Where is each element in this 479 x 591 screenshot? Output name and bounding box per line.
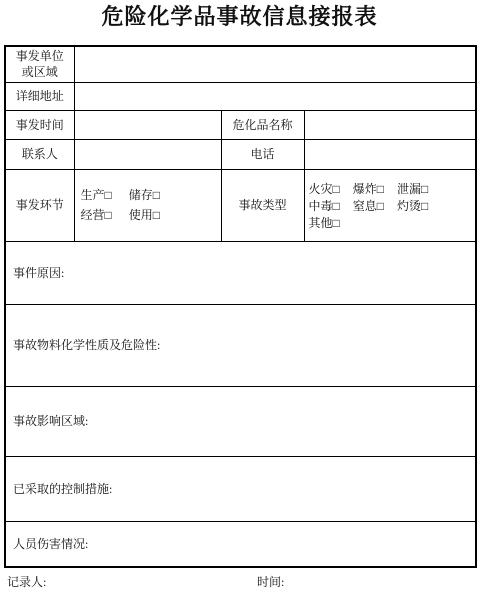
accident-type-options-cell: 火灾□ 爆炸□ 泄漏□ 中毒□ 窒息□ 灼烫□ 其他□ xyxy=(304,169,476,241)
accident-report-table: 事发单位 或区域 详细地址 事发时间 危化品名称 联系人 电话 事发环节 生产□… xyxy=(4,45,477,568)
table-row: 事件原因: xyxy=(5,241,476,304)
material-properties-field[interactable]: 事故物料化学性质及危险性: xyxy=(5,304,476,386)
checkbox-burn[interactable]: 灼烫□ xyxy=(397,197,428,214)
table-row: 事发环节 生产□ 储存□ 经营□ 使用□ 事故类型 火灾□ 爆炸□ 泄漏□ 中毒… xyxy=(5,169,476,241)
incident-stage-label: 事发环节 xyxy=(5,169,74,241)
table-row: 事故物料化学性质及危险性: xyxy=(5,304,476,386)
contact-field[interactable] xyxy=(74,139,221,169)
stage-options-line: 经营□ 使用□ xyxy=(81,205,221,225)
stage-options-line: 生产□ 储存□ xyxy=(81,185,221,205)
checkbox-operation[interactable]: 经营□ xyxy=(81,205,112,225)
checkbox-storage[interactable]: 储存□ xyxy=(129,185,160,205)
table-row: 事发时间 危化品名称 xyxy=(5,110,476,139)
checkbox-fire[interactable]: 火灾□ xyxy=(309,180,340,197)
chemical-name-field[interactable] xyxy=(304,110,476,139)
accident-type-label: 事故类型 xyxy=(221,169,304,241)
chemical-name-label: 危化品名称 xyxy=(221,110,304,139)
detail-address-field[interactable] xyxy=(74,82,476,110)
detail-address-label: 详细地址 xyxy=(5,82,74,110)
incident-stage-options-cell: 生产□ 储存□ 经营□ 使用□ xyxy=(74,169,221,241)
personnel-injury-field[interactable]: 人员伤害情况: xyxy=(5,521,476,567)
table-row: 人员伤害情况: xyxy=(5,521,476,567)
unit-region-field[interactable] xyxy=(74,46,476,82)
control-measures-label: 已采取的控制措施: xyxy=(13,482,112,496)
phone-field[interactable] xyxy=(304,139,476,169)
material-properties-label: 事故物料化学性质及危险性: xyxy=(13,338,160,352)
footer: 记录人: 时间: xyxy=(0,573,479,591)
checkbox-poisoning[interactable]: 中毒□ xyxy=(309,197,340,214)
incident-time-label: 事发时间 xyxy=(5,110,74,139)
type-options-line: 中毒□ 窒息□ 灼烫□ xyxy=(309,197,476,214)
checkbox-suffocation[interactable]: 窒息□ xyxy=(353,197,384,214)
checkbox-leak[interactable]: 泄漏□ xyxy=(397,180,428,197)
affected-area-label: 事故影响区域: xyxy=(13,414,88,428)
page-title: 危险化学品事故信息接报表 xyxy=(0,0,479,31)
checkbox-use[interactable]: 使用□ xyxy=(129,205,160,225)
type-options-line: 火灾□ 爆炸□ 泄漏□ xyxy=(309,180,476,197)
table-row: 事故影响区域: xyxy=(5,386,476,456)
incident-cause-label: 事件原因: xyxy=(13,266,64,280)
control-measures-field[interactable]: 已采取的控制措施: xyxy=(5,456,476,521)
incident-time-field[interactable] xyxy=(74,110,221,139)
checkbox-explosion[interactable]: 爆炸□ xyxy=(353,180,384,197)
table-row: 已采取的控制措施: xyxy=(5,456,476,521)
time-label: 时间: xyxy=(257,573,284,590)
phone-label: 电话 xyxy=(221,139,304,169)
incident-cause-field[interactable]: 事件原因: xyxy=(5,241,476,304)
affected-area-field[interactable]: 事故影响区域: xyxy=(5,386,476,456)
recorder-label: 记录人: xyxy=(7,573,46,590)
type-options-line: 其他□ xyxy=(309,214,476,231)
table-row: 详细地址 xyxy=(5,82,476,110)
table-row: 联系人 电话 xyxy=(5,139,476,169)
personnel-injury-label: 人员伤害情况: xyxy=(13,537,88,551)
checkbox-other[interactable]: 其他□ xyxy=(309,214,340,231)
contact-label: 联系人 xyxy=(5,139,74,169)
unit-region-label: 事发单位 或区域 xyxy=(5,46,74,82)
table-row: 事发单位 或区域 xyxy=(5,46,476,82)
checkbox-production[interactable]: 生产□ xyxy=(81,185,112,205)
